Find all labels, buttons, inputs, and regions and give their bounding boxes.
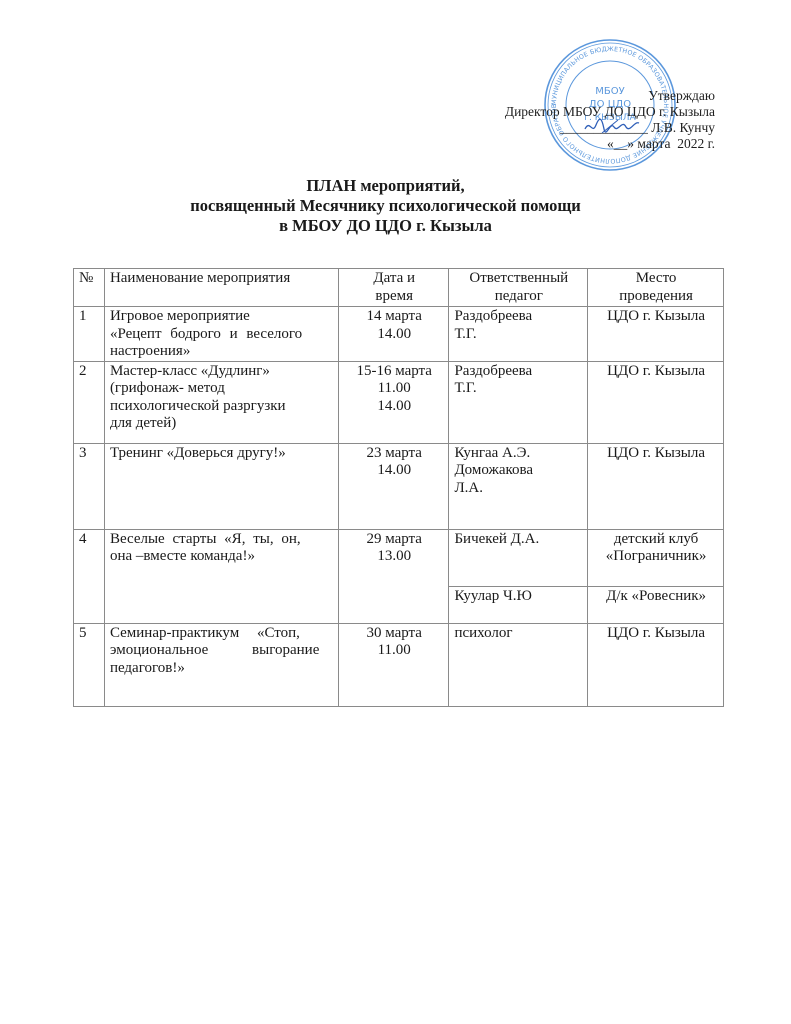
header-date-time: Дата и время: [338, 269, 448, 307]
title-line-2: посвященный Месячнику психологической по…: [0, 196, 791, 216]
event-place: Д/к «Ровесник»: [588, 586, 724, 623]
event-date-time: 15-16 марта 11.00 14.00: [338, 361, 448, 443]
events-plan-table: № Наименование мероприятия Дата и время …: [73, 268, 724, 707]
row-number: 2: [74, 361, 105, 443]
document-title: ПЛАН мероприятий, посвященный Месячнику …: [0, 176, 791, 236]
event-place: ЦДО г. Кызыла: [588, 443, 724, 529]
header-responsible: Ответственный педагог: [449, 269, 588, 307]
event-responsible: психолог: [449, 623, 588, 706]
header-place: Место проведения: [588, 269, 724, 307]
row-number: 4: [74, 529, 105, 623]
header-event-name: Наименование мероприятия: [104, 269, 338, 307]
event-name: Игровое мероприятие «Рецепт бодрого и ве…: [104, 307, 338, 362]
table-row: 2 Мастер-класс «Дудлинг» (грифонаж- мето…: [74, 361, 724, 443]
event-responsible: Куулар Ч.Ю: [449, 586, 588, 623]
row-number: 3: [74, 443, 105, 529]
approval-line-date: «__» марта 2022 г.: [505, 136, 715, 152]
event-responsible: Бичекей Д.А.: [449, 529, 588, 586]
event-place: ЦДО г. Кызыла: [588, 307, 724, 362]
event-place: ЦДО г. Кызыла: [588, 623, 724, 706]
event-place: детский клуб «Пограничник»: [588, 529, 724, 586]
event-responsible: Раздобреева Т.Г.: [449, 307, 588, 362]
event-date-time: 14 марта 14.00: [338, 307, 448, 362]
event-name: Мастер-класс «Дудлинг» (грифонаж- метод …: [104, 361, 338, 443]
event-place: ЦДО г. Кызыла: [588, 361, 724, 443]
table-row: 5 Семинар-практикум «Стоп, эмоциональное…: [74, 623, 724, 706]
event-date-time: 29 марта 13.00: [338, 529, 448, 623]
approval-line-approved: Утверждаю: [505, 88, 715, 104]
title-line-1: ПЛАН мероприятий,: [0, 176, 791, 196]
event-responsible: Кунгаа А.Э. Доможакова Л.А.: [449, 443, 588, 529]
header-number: №: [74, 269, 105, 307]
table-row: 4 Веселые старты «Я, ты, он, она –вместе…: [74, 529, 724, 586]
table-row: 3 Тренинг «Доверься другу!» 23 марта 14.…: [74, 443, 724, 529]
event-date-time: 23 марта 14.00: [338, 443, 448, 529]
event-date-time: 30 марта 11.00: [338, 623, 448, 706]
table-row: 1 Игровое мероприятие «Рецепт бодрого и …: [74, 307, 724, 362]
title-line-3: в МБОУ ДО ЦДО г. Кызыла: [0, 216, 791, 236]
event-name: Веселые старты «Я, ты, он, она –вместе к…: [104, 529, 338, 623]
row-number: 1: [74, 307, 105, 362]
event-responsible: Раздобреева Т.Г.: [449, 361, 588, 443]
row-number: 5: [74, 623, 105, 706]
event-name: Тренинг «Доверься другу!»: [104, 443, 338, 529]
event-name: Семинар-практикум «Стоп, эмоциональное в…: [104, 623, 338, 706]
signature-icon: [582, 115, 642, 137]
table-header-row: № Наименование мероприятия Дата и время …: [74, 269, 724, 307]
